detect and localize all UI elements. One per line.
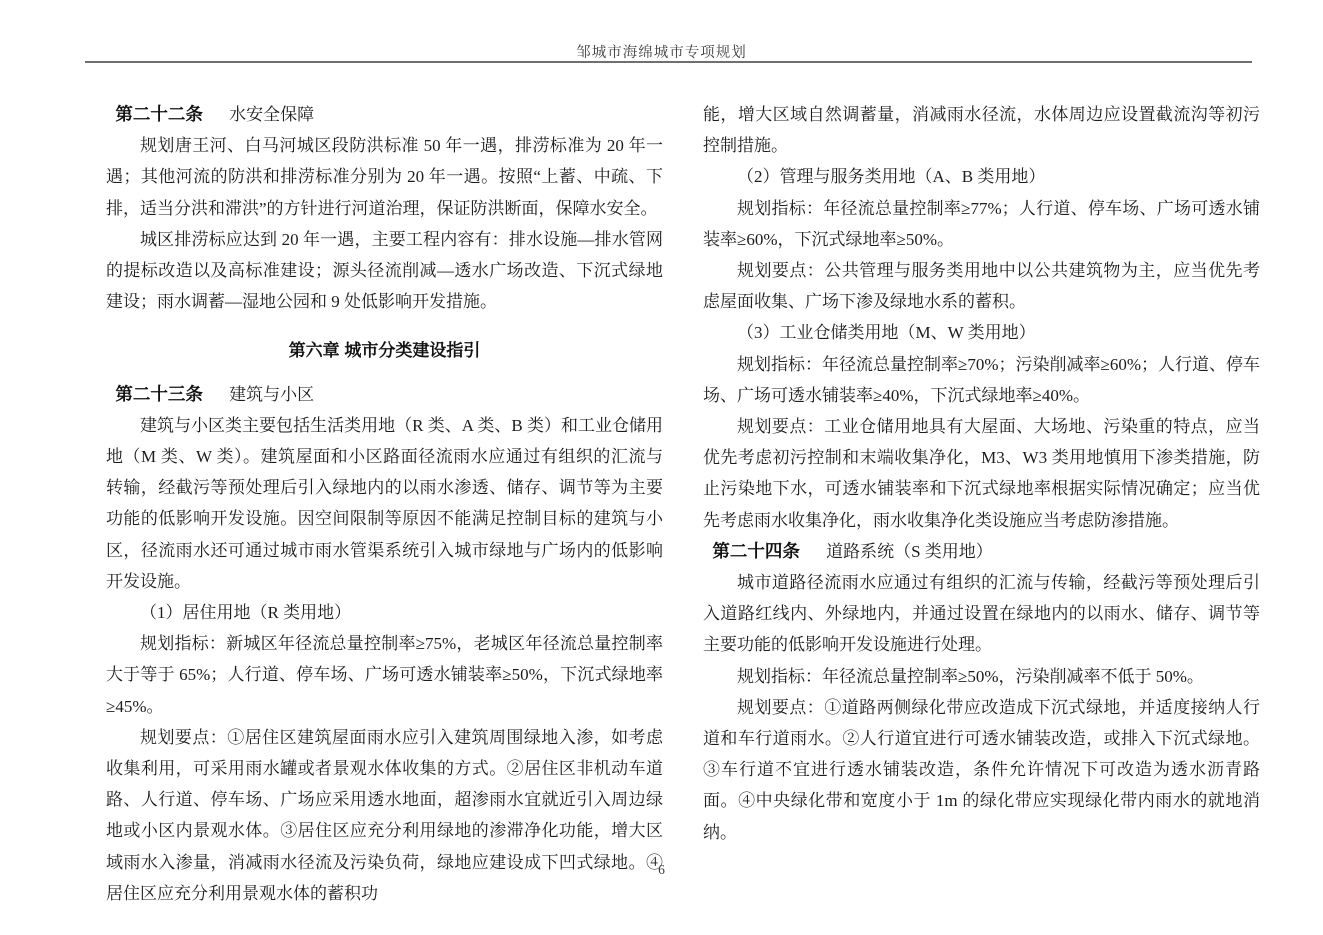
chapter-heading: 第六章 城市分类建设指引	[106, 335, 663, 366]
article-number: 第二十三条	[115, 384, 203, 404]
header-rule	[85, 61, 1252, 63]
right-column: 能，增大区域自然调蓄量，消减雨水径流，水体周边应设置截流沟等初污控制措施。（2）…	[703, 99, 1260, 848]
article-title: 道路系统（S 类用地）	[826, 542, 993, 561]
page-number: 6	[0, 862, 1323, 878]
paragraph: 规划要点：①居住区建筑屋面雨水应引入建筑周围绿地入渗，如考虑收集利用，可采用雨水…	[106, 722, 663, 909]
paragraph: 规划要点：工业仓储用地具有大屋面、大场地、污染重的特点，应当优先考虑初污控制和末…	[703, 411, 1260, 536]
paragraph: 能，增大区域自然调蓄量，消减雨水径流，水体周边应设置截流沟等初污控制措施。	[703, 99, 1260, 161]
article-heading: 第二十四条道路系统（S 类用地）	[703, 536, 1260, 567]
paragraph: 规划指标：年径流总量控制率≥77%；人行道、停车场、广场可透水铺装率≥60%，下…	[703, 193, 1260, 255]
paragraph: 建筑与小区类主要包括生活类用地（R 类、A 类、B 类）和工业仓储用地（M 类、…	[106, 410, 663, 597]
page-header-title: 邹城市海绵城市专项规划	[0, 41, 1323, 62]
paragraph: （2）管理与服务类用地（A、B 类用地）	[703, 161, 1260, 192]
article-number: 第二十四条	[712, 541, 800, 561]
article-title: 建筑与小区	[229, 385, 314, 404]
paragraph: 城市道路径流雨水应通过有组织的汇流与传输，经截污等预处理后引入道路红线内、外绿地…	[703, 567, 1260, 661]
paragraph: （1）居住用地（R 类用地）	[106, 597, 663, 628]
article-number: 第二十二条	[115, 104, 203, 124]
paragraph: 城区排涝标应达到 20 年一遇，主要工程内容有：排水设施—排水管网的提标改造以及…	[106, 224, 663, 318]
paragraph: 规划要点：公共管理与服务类用地中以公共建筑物为主，应当优先考虑屋面收集、广场下渗…	[703, 255, 1260, 317]
paragraph: （3）工业仓储类用地（M、W 类用地）	[703, 317, 1260, 348]
paragraph: 规划指标：新城区年径流总量控制率≥75%，老城区年径流总量控制率大于等于 65%…	[106, 628, 663, 722]
left-column: 第二十二条水安全保障规划唐王河、白马河城区段防洪标准 50 年一遇，排涝标准为 …	[106, 99, 663, 909]
article-title: 水安全保障	[229, 105, 314, 124]
paragraph: 规划指标：年径流总量控制率≥70%；污染削减率≥60%；人行道、停车场、广场可透…	[703, 349, 1260, 411]
paragraph: 规划指标：年径流总量控制率≥50%，污染削减率不低于 50%。	[703, 661, 1260, 692]
article-heading: 第二十三条建筑与小区	[106, 379, 663, 410]
paragraph: 规划唐王河、白马河城区段防洪标准 50 年一遇，排涝标准为 20 年一遇；其他河…	[106, 130, 663, 224]
article-heading: 第二十二条水安全保障	[106, 99, 663, 130]
paragraph: 规划要点：①道路两侧绿化带应改造成下沉式绿地，并适度接纳人行道和车行道雨水。②人…	[703, 692, 1260, 848]
document-page: 邹城市海绵城市专项规划 第二十二条水安全保障规划唐王河、白马河城区段防洪标准 5…	[0, 0, 1323, 935]
